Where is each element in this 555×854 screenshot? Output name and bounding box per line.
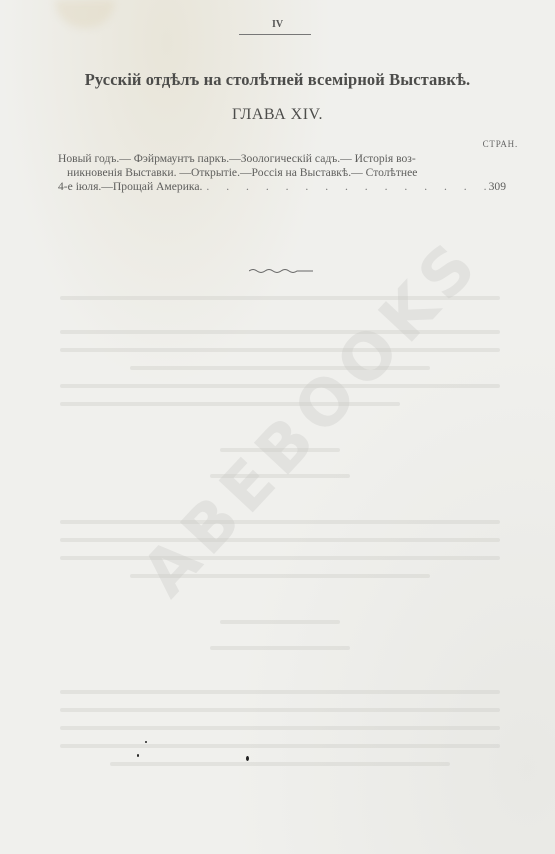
show-through-line — [60, 726, 500, 730]
show-through-line — [60, 402, 400, 406]
toc-dot-leader: . . . . . . . . . . . . . . . . . . . . … — [202, 180, 488, 194]
show-through-line — [60, 538, 500, 542]
show-through-line — [130, 574, 430, 578]
show-through-line — [220, 448, 340, 452]
section-title: Русскій отдѣлъ на столѣтней всемірной Вы… — [0, 70, 555, 90]
show-through-line — [60, 690, 500, 694]
toc-line: никновенія Выставки. —Открытіе.—Россія н… — [58, 166, 506, 180]
page-number: IV — [0, 19, 555, 30]
toc-last-line: 4-е іюля.—Прощай Америка. . . . . . . . … — [58, 180, 506, 194]
show-through-line — [220, 620, 340, 624]
toc-line: 4-е іюля.—Прощай Америка. — [58, 180, 202, 194]
page-column-label: СТРАН. — [483, 139, 518, 149]
ornament-wavy-rule-icon — [249, 268, 313, 274]
paper-speck — [137, 754, 139, 757]
toc-entry: Новый годъ.— Фэйрмаунтъ паркъ.—Зоологиче… — [58, 152, 506, 194]
header-rule — [239, 34, 311, 35]
toc-line: Новый годъ.— Фэйрмаунтъ паркъ.—Зоологиче… — [58, 152, 506, 166]
show-through-line — [210, 474, 350, 478]
show-through-line — [60, 708, 500, 712]
show-through-line — [210, 646, 350, 650]
book-page: ABEBOOKS IV Русскій отдѣлъ на столѣтней … — [0, 0, 555, 854]
chapter-title: ГЛАВА XIV. — [0, 106, 555, 124]
show-through-line — [60, 296, 500, 300]
show-through-line — [60, 744, 500, 748]
show-through-line — [130, 366, 430, 370]
paper-speck — [145, 741, 147, 743]
paper-speck — [246, 756, 249, 761]
show-through-line — [60, 520, 500, 524]
show-through-line — [60, 330, 500, 334]
show-through-line — [60, 384, 500, 388]
toc-page-number: 309 — [489, 180, 506, 194]
show-through-line — [110, 762, 450, 766]
show-through-line — [60, 348, 500, 352]
show-through-line — [60, 556, 500, 560]
